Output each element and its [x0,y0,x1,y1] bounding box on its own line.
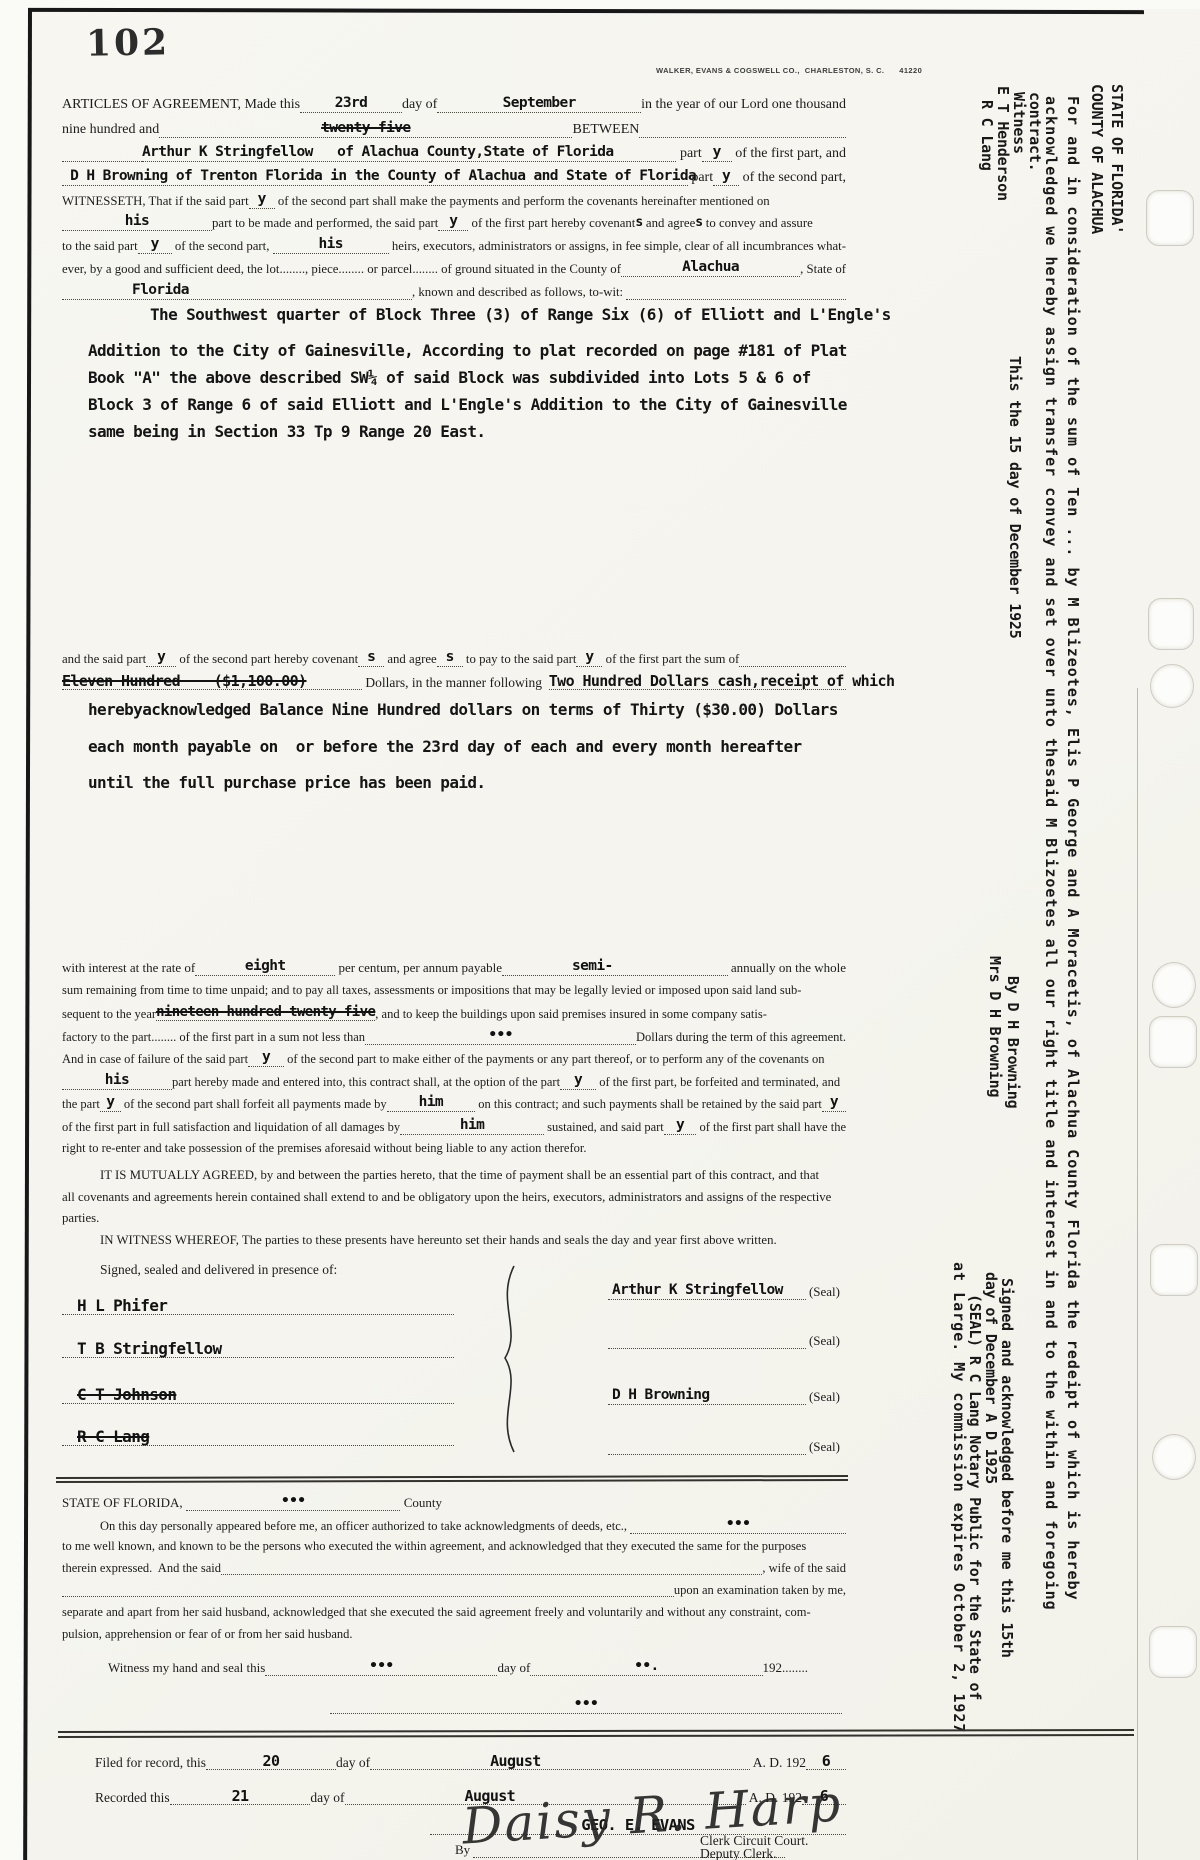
typed-text: Book "A" the above described SW¼ of said… [88,369,811,387]
divider-rule [56,1475,848,1479]
printed-text: (Seal) [806,1440,840,1455]
printed-text: 192........ [763,1661,809,1676]
printed-text: (Seal) [806,1285,840,1300]
punch-hole [1148,598,1194,650]
punch-hole [1146,190,1194,246]
typed-entry: T B Stringfellow [62,1340,454,1358]
typed-entry: y [560,1073,596,1090]
margin-note: at Large. My commission expires October … [950,1262,968,1733]
printed-text: of the second part hereby covenant [176,652,358,667]
typed-entry: his [62,214,212,231]
form-line: separate and apart from her said husband… [62,1605,846,1619]
typed-entry: y [438,214,468,231]
margin-note: COUNTY OF ALACHUA [1088,84,1106,234]
blank-fill-line [62,1596,674,1597]
typed-entry: R C Lang [62,1428,454,1446]
printed-text: of the first part, and [732,146,846,162]
presence-of-label: Signed, sealed and delivered in presence… [100,1262,337,1278]
typed-text: The Southwest quarter of Block Three (3)… [150,306,891,324]
typed-entry: y [702,145,732,162]
printed-text: day of [497,1661,530,1676]
printed-text: right to re-enter and take possession of… [62,1141,587,1155]
printed-text: and the said part [62,652,146,667]
printed-text: per centum, per annum payable [335,961,502,976]
printed-text: therein expressed. And the said [62,1561,221,1575]
price-line: Eleven Hundred ($1,100.00) Dollars, in t… [62,673,846,690]
typed-entry: y [100,1095,121,1112]
form-line: hispart to be made and performed, the sa… [62,214,846,231]
printed-text: IT IS MUTUALLY AGREED, by and between th… [100,1168,819,1183]
witness-hand-seal-line: Witness my hand and seal this•••day of••… [108,1659,808,1676]
printed-text: in the year of our Lord one thousand [641,97,846,113]
typed-entry: eight [195,959,335,976]
form-line: sum remaining from time to time unpaid; … [62,983,846,997]
margin-note: This the 15 day of December 1925 [1006,356,1024,639]
typed-entry: Arthur K Stringfellow of Alachua County,… [142,145,676,162]
witness-line-johnson: C T Johnson [62,1386,454,1404]
printed-text: Dollars, in the manner following [362,675,549,691]
seal-line-blank: (Seal) [608,1440,840,1455]
printed-text: all covenants and agreements herein cont… [62,1190,831,1205]
page-number-stamp: 102 [86,21,171,64]
form-line: to me well known, and known to be the pe… [62,1539,846,1553]
blank-fill-line [221,1574,762,1575]
printed-text: parties. [62,1211,99,1226]
printed-text: Recorded this [95,1790,170,1806]
typed-text: until the full purchase price has been p… [88,774,485,792]
printed-text: sum remaining from time to time unpaid; … [62,983,801,997]
printed-text: part [676,146,701,162]
printed-text: to me well known, and known to be the pe… [62,1539,806,1553]
printed-text: pulsion, apprehension or fear of or from… [62,1627,353,1641]
printed-text: day of [336,1755,370,1771]
printed-text: day of [310,1790,344,1806]
typed-entry: ••• [186,1494,401,1511]
seal-line-blank: (Seal) [608,1334,840,1349]
form-line: of the first part in full satisfaction a… [62,1118,846,1135]
typed-entry: him [387,1095,475,1112]
printed-text: of the second part to make either of the… [284,1052,824,1066]
typed-text: Block 3 of Range 6 of said Elliott and L… [88,396,847,414]
typed-entry: twenty five [159,121,572,138]
printed-text: Filed for record, this [95,1755,206,1771]
mutually-agreed-clause: IT IS MUTUALLY AGREED, by and between th… [100,1168,846,1183]
consideration-line: and the said party of the second part he… [62,650,846,667]
typed-entry: ••• [330,1697,842,1714]
typed-entry: Alachua [621,260,800,277]
printed-text: part [688,170,713,186]
punch-hole [1152,1434,1196,1480]
margin-note: For and in consideration of the sum of T… [1064,96,1082,1601]
printed-text: and agree [643,216,696,231]
printed-text: of the first part in full satisfaction a… [62,1120,400,1134]
typed-entry: ••• [265,1659,497,1676]
typed-entry: y [248,1050,284,1067]
printed-text: Deputy Clerk. [700,1846,777,1860]
printed-text: to pay to the said part [463,652,577,667]
printed-text: separate and apart from her said husband… [62,1605,811,1619]
typed-text: each month payable on or before the 23rd… [88,738,802,756]
paper-edge [1137,688,1138,1860]
blank-fill-line [639,137,846,138]
blank-fill-line [739,666,846,667]
form-line: ••• [330,1697,842,1714]
property-description: Addition to the City of Gainesville, Acc… [88,342,847,360]
typed-entry: C T Johnson [62,1386,454,1404]
form-line: sequent to the yearnineteen hundred twen… [62,1005,846,1021]
printed-text: Witness my hand and seal this [108,1661,265,1676]
printed-text: Dollars during the term of this agreemen… [636,1030,846,1044]
typed-entry: y [146,650,176,667]
printed-text: annually on the whole [728,961,846,976]
witness-brace [492,1264,520,1454]
typed-text: Addition to the City of Gainesville, Acc… [88,342,847,360]
printed-text: s [635,216,642,231]
witness-line-lang: R C Lang [62,1428,454,1446]
printed-text: of the second part, [739,170,846,186]
typed-entry: 23rd [300,96,402,113]
form-line: ever, by a good and sufficient deed, the… [62,260,846,277]
typed-entry: Eleven Hundred ($1,100.00) [62,673,362,690]
form-line: Florida, known and described as follows,… [62,283,846,300]
typed-entry: nineteen hundred twenty five [156,1005,375,1021]
printer-mark: WALKER, EVANS & COGSWELL CO., CHARLESTON… [656,66,922,75]
punch-hole [1149,1016,1197,1068]
printed-text: sustained, and said part [544,1120,664,1134]
margin-note: Mrs D H Browning [986,956,1004,1097]
typed-entry: semi- [502,959,728,976]
printed-text: , State of [800,262,846,277]
form-line: upon an examination taken by me, [62,1583,846,1597]
form-line: factory to the part........ of the first… [62,1028,846,1045]
printed-text: On this day personally appeared before m… [100,1519,630,1533]
printed-text: and agree [384,652,437,667]
form-line: to the said party of the second part, hi… [62,237,846,254]
property-description: The Southwest quarter of Block Three (3)… [150,306,891,324]
form-line: And in case of failure of the said party… [62,1050,846,1067]
printed-text: factory to the part........ of the first… [62,1030,365,1044]
blank-fill-line [62,161,142,162]
interest-line: with interest at the rate ofeight per ce… [62,959,846,976]
printed-text: STATE OF FLORIDA, [62,1496,186,1511]
typed-entry: August [370,1753,750,1770]
margin-note: acknowledged we hereby assign transfer c… [1042,96,1060,1611]
in-witness-whereof-clause: IN WITNESS WHEREOF, The parties to these… [100,1233,846,1248]
typed-entry: y [249,192,275,209]
printed-text: of the first part shall have the [696,1120,846,1134]
margin-note: contract. [1026,92,1044,171]
margin-note: STATE OF FLORIDA' [1108,84,1126,234]
typed-entry: Florida [62,283,412,300]
punch-hole [1150,664,1194,708]
printed-text: s [695,216,702,231]
blank-fill-line [626,299,846,300]
margin-note: E T Henderson [994,86,1012,201]
typed-entry: s [358,650,384,667]
typed-entry: 21 [170,1788,311,1805]
witness-line-phifer: H L Phifer [62,1297,454,1315]
margin-note: Witness [1010,92,1028,154]
printed-text: heirs, executors, administrators or assi… [389,239,846,254]
filed-for-record-line: Filed for record, this20day ofAugust A. … [95,1753,846,1770]
printed-text: the part [62,1097,100,1111]
typed-entry: September [437,96,641,113]
typed-entry: D H Browning of Trenton Florida in the C… [62,169,688,186]
printed-text: And in case of failure of the said part [62,1052,248,1066]
typed-entry: 6 [806,1753,846,1770]
second-party-line: D H Browning of Trenton Florida in the C… [62,169,846,186]
printed-text: sequent to the year [62,1007,156,1021]
acknowledgment-state-line: STATE OF FLORIDA, ••• County [62,1494,442,1511]
printed-text: of the second part shall forfeit all pay… [121,1097,387,1111]
printed-text: County [400,1496,442,1511]
margin-note: By D H Browning [1004,976,1022,1108]
printed-text: part hereby made and entered into, this … [172,1075,560,1089]
form-line: right to re-enter and take possession of… [62,1141,846,1155]
form-line: all covenants and agreements herein cont… [62,1190,846,1205]
printed-text: day of [402,97,437,113]
printed-text: BETWEEN [572,122,639,138]
printed-text: nine hundred and [62,122,159,138]
typed-entry: ••• [630,1517,846,1534]
property-description: same being in Section 33 Tp 9 Range 20 E… [88,423,485,441]
typed-entry: y [138,237,172,254]
printed-text: of the first part the sum of [602,652,739,667]
typed-entry: his [62,1073,172,1090]
typed-entry: y [713,169,739,186]
printed-text: with interest at the rate of [62,961,195,976]
printed-text: , and to keep the buildings upon said pr… [375,1007,767,1021]
property-description: Book "A" the above described SW¼ of said… [88,369,811,387]
typed-entry: Arthur K Stringfellow [608,1283,806,1300]
typed-entry: D H Browning [608,1388,806,1405]
typed-entry: H L Phifer [62,1297,454,1315]
witness-line-stringfellow: T B Stringfellow [62,1340,454,1358]
seal-line-browning: D H Browning (Seal) [608,1388,840,1405]
typed-entry: Two Hundred Dollars cash,receipt of whic… [549,673,846,690]
year-between-line: nine hundred andtwenty fiveBETWEEN [62,121,846,138]
margin-note: Signed and acknowledged before me this 1… [998,1278,1016,1658]
printed-text: (Seal) [806,1334,840,1349]
printed-text: of the first part, be forfeited and term… [596,1075,840,1089]
punch-hole [1149,1626,1197,1678]
printed-text: WITNESSETH, That if the said part [62,194,249,209]
deputy-clerk-title: Deputy Clerk. [700,1846,777,1860]
printed-text: ARTICLES OF AGREEMENT, Made this [62,97,300,113]
printed-text: to the said part [62,239,138,254]
printed-text: to convey and assure [703,216,813,231]
printed-text: , known and described as follows, to-wit… [412,285,626,300]
form-line: hispart hereby made and entered into, th… [62,1073,846,1090]
form-line: therein expressed. And the said, wife of… [62,1561,846,1575]
typed-entry: y [576,650,602,667]
printed-text: on this contract; and such payments shal… [475,1097,822,1111]
divider-rule [58,1729,1134,1732]
typed-entry: ••• [365,1028,636,1045]
punch-hole [1152,962,1196,1008]
typed-entry: y [822,1095,846,1112]
first-party-line: Arthur K Stringfellow of Alachua County,… [62,145,846,162]
typed-entry: him [400,1118,544,1135]
margin-note: (SEAL) R C Lang Notary Public for the St… [966,1294,984,1700]
property-description: Block 3 of Range 6 of said Elliott and L… [88,396,847,414]
printed-text: ever, by a good and sufficient deed, the… [62,262,621,277]
printed-text: Signed, sealed and delivered in presence… [100,1262,337,1278]
printed-text: IN WITNESS WHEREOF, The parties to these… [100,1233,777,1248]
printed-text: of the second part shall make the paymen… [275,194,770,209]
typed-entry: his [273,237,389,254]
printed-text: of the first part hereby covenant [468,216,635,231]
typed-entry: ••. [530,1659,762,1676]
printed-text: part to be made and performed, the said … [212,216,438,231]
seal-line-stringfellow: Arthur K Stringfellow (Seal) [608,1283,840,1300]
divider-rule [58,1734,1134,1737]
typed-entry: 20 [206,1753,336,1770]
scanned-deed-record-page: 102 WALKER, EVANS & COGSWELL CO., CHARLE… [0,0,1200,1860]
printed-text: , wife of the said [762,1561,846,1575]
form-line: pulsion, apprehension or fear of or from… [62,1627,353,1641]
divider-rule [56,1479,848,1483]
punch-hole [1150,1244,1198,1296]
typed-text: same being in Section 33 Tp 9 Range 20 E… [88,423,485,441]
form-line: parties. [62,1211,99,1226]
agreement-opening-line: ARTICLES OF AGREEMENT, Made this23rdday … [62,96,846,113]
typed-entry: s [437,650,463,667]
printed-text: upon an examination taken by me, [674,1583,846,1597]
margin-note: day of December A D 1925 [982,1272,1000,1484]
witnesseth-line: WITNESSETH, That if the said party of th… [62,192,846,209]
form-line: the party of the second part shall forfe… [62,1095,846,1112]
blank-fill-line [608,1348,806,1349]
typed-text: herebyacknowledged Balance Nine Hundred … [88,701,838,719]
blank-fill-line [608,1454,806,1455]
margin-note: R C Lang [978,100,996,171]
printed-text: A. D. 192 [750,1755,806,1771]
payment-terms: until the full purchase price has been p… [88,774,485,792]
form-line: On this day personally appeared before m… [100,1517,846,1534]
payment-terms: herebyacknowledged Balance Nine Hundred … [88,701,838,719]
payment-terms: each month payable on or before the 23rd… [88,738,802,756]
printed-text: of the second part, [172,239,273,254]
typed-entry: y [664,1118,697,1135]
printed-text: (Seal) [806,1390,840,1405]
